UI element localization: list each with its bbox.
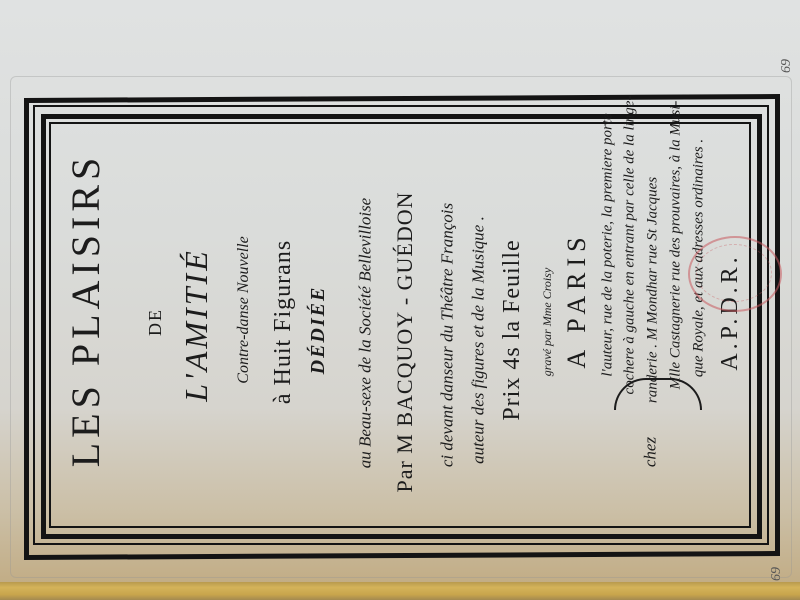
seller-line-1: l'auteur, rue de la poterie, la premiere…: [601, 113, 616, 376]
dedicatee-line: au Beau-sexe de la Société Bellevilloise: [357, 198, 374, 468]
engraver-line: gravé par Mme Croisy: [541, 268, 553, 377]
former-role-line: ci devant danseur du Théâtre François: [439, 203, 456, 467]
figures-line: à Huit Figurans: [271, 240, 295, 404]
author-line: Par M BACQUOY - GUÉDON: [394, 191, 416, 492]
genre-line: Contre-danse Nouvelle: [236, 236, 252, 383]
folio-number-bottom: 69: [769, 567, 785, 581]
sellers-label: chez: [642, 437, 659, 467]
title-line-2: DE: [146, 308, 164, 336]
dedication-label: DÉDIÉE: [308, 286, 328, 375]
library-stamp-inner-ring: [696, 244, 772, 302]
folio-number-top: 69: [779, 59, 795, 73]
binding-edge: [0, 582, 800, 600]
seller-line-4: Mlle Castagnerie rue des prouvaires, à l…: [669, 101, 684, 390]
seller-line-3: randerie . M Mondhar rue St Jacques: [646, 177, 661, 403]
title-line-1: LES PLAISIRS: [66, 153, 106, 468]
credits-line: auteur des figures et de la Musique .: [470, 216, 487, 464]
seller-line-2: cochere à gauche en entrant par celle de…: [623, 96, 638, 395]
price-line: Prix 4s la Feuille: [500, 239, 524, 420]
place-line: A PARIS: [564, 231, 590, 368]
title-line-3: L'AMITIÉ: [180, 248, 212, 402]
